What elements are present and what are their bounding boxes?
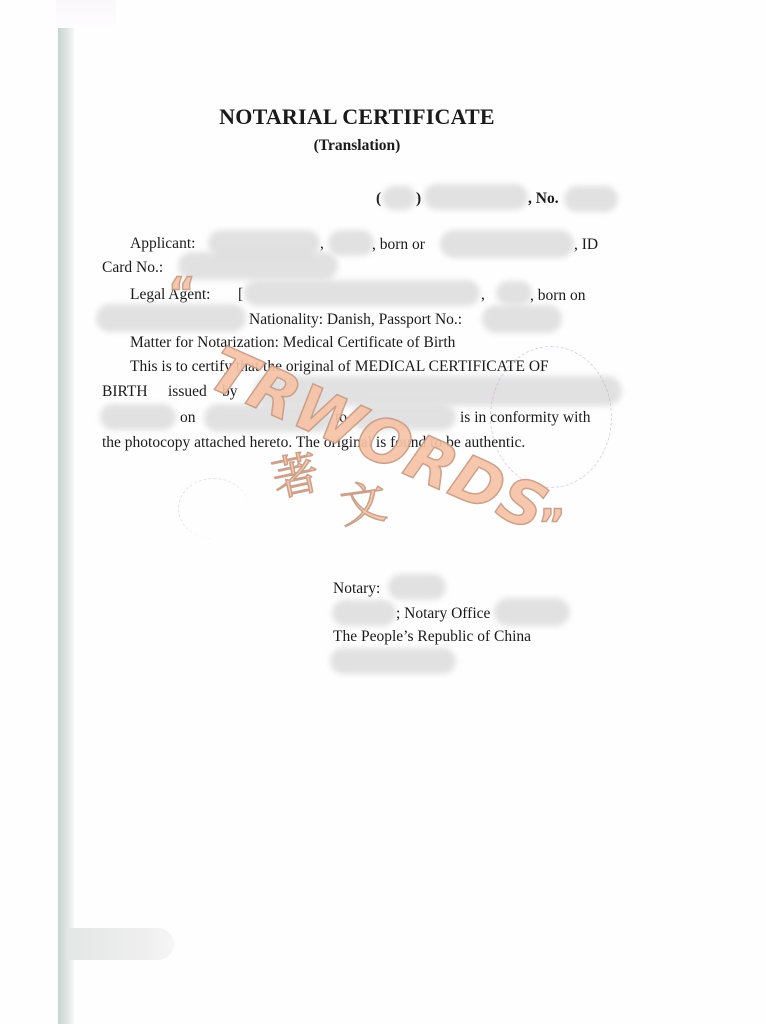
ref-close: ) <box>416 190 421 208</box>
official-seal-stamp <box>490 346 612 488</box>
certify-line-4: the photocopy attached hereto. The origi… <box>102 434 525 452</box>
redaction-agent-dob <box>96 304 246 332</box>
applicant-born-on: , born or <box>372 236 425 254</box>
redaction-notary-name <box>388 574 446 600</box>
certify-birth: BIRTH <box>102 383 148 401</box>
agent-comma: , <box>481 286 485 304</box>
legal-agent-label: Legal Agent: <box>130 286 211 304</box>
ref-no-label: , No. <box>528 190 559 208</box>
redaction-date <box>330 648 456 674</box>
redaction-office-city <box>332 600 396 626</box>
watermark-quote-close: ” <box>538 500 566 549</box>
redaction-applicant-sex <box>328 230 374 256</box>
redaction-ref-number <box>564 186 618 212</box>
redaction-ref-year <box>382 186 416 210</box>
notary-office-label: ; Notary Office <box>396 605 490 623</box>
redaction-issuer-cont <box>100 404 176 430</box>
document-subtitle: (Translation) <box>0 137 714 155</box>
redaction-office-province <box>494 598 570 626</box>
country-line: The People’s Republic of China <box>333 628 531 646</box>
agent-born-on: , born on <box>530 287 586 305</box>
nationality-line: Nationality: Danish, Passport No.: <box>249 311 462 329</box>
ref-open: ( <box>376 190 381 208</box>
redaction-card-number <box>178 252 338 280</box>
applicant-label: Applicant: <box>130 235 195 253</box>
applicant-comma: , <box>320 235 324 253</box>
watermark-cn-char-2: 文 <box>336 465 391 537</box>
applicant-id-suffix: , ID <box>574 236 598 254</box>
faint-seal-stamp <box>178 478 249 539</box>
card-no-label: Card No.: <box>102 259 163 277</box>
redaction-agent-sex <box>496 281 532 305</box>
certify-on: on <box>180 409 196 427</box>
certify-to: to <box>335 409 347 427</box>
redaction-recipient <box>352 404 456 430</box>
redaction-passport-number <box>482 305 562 333</box>
page-edge-top <box>56 0 116 30</box>
notary-label: Notary: <box>333 580 380 598</box>
redaction-agent-name <box>244 280 480 306</box>
redaction-ref-code <box>424 184 528 210</box>
certify-issued: issued <box>168 383 207 401</box>
certify-line-1: This is to certify that the original of … <box>130 358 549 376</box>
matter-line: Matter for Notarization: Medical Certifi… <box>130 334 455 352</box>
redaction-applicant-dob <box>440 230 574 258</box>
page-edge-shadow <box>58 28 74 1024</box>
document-title: NOTARIAL CERTIFICATE <box>0 104 714 130</box>
redaction-issue-date <box>204 404 334 432</box>
page-edge-tab <box>66 928 174 960</box>
certify-by: by <box>222 383 238 401</box>
agent-bracket: [ <box>238 286 243 304</box>
